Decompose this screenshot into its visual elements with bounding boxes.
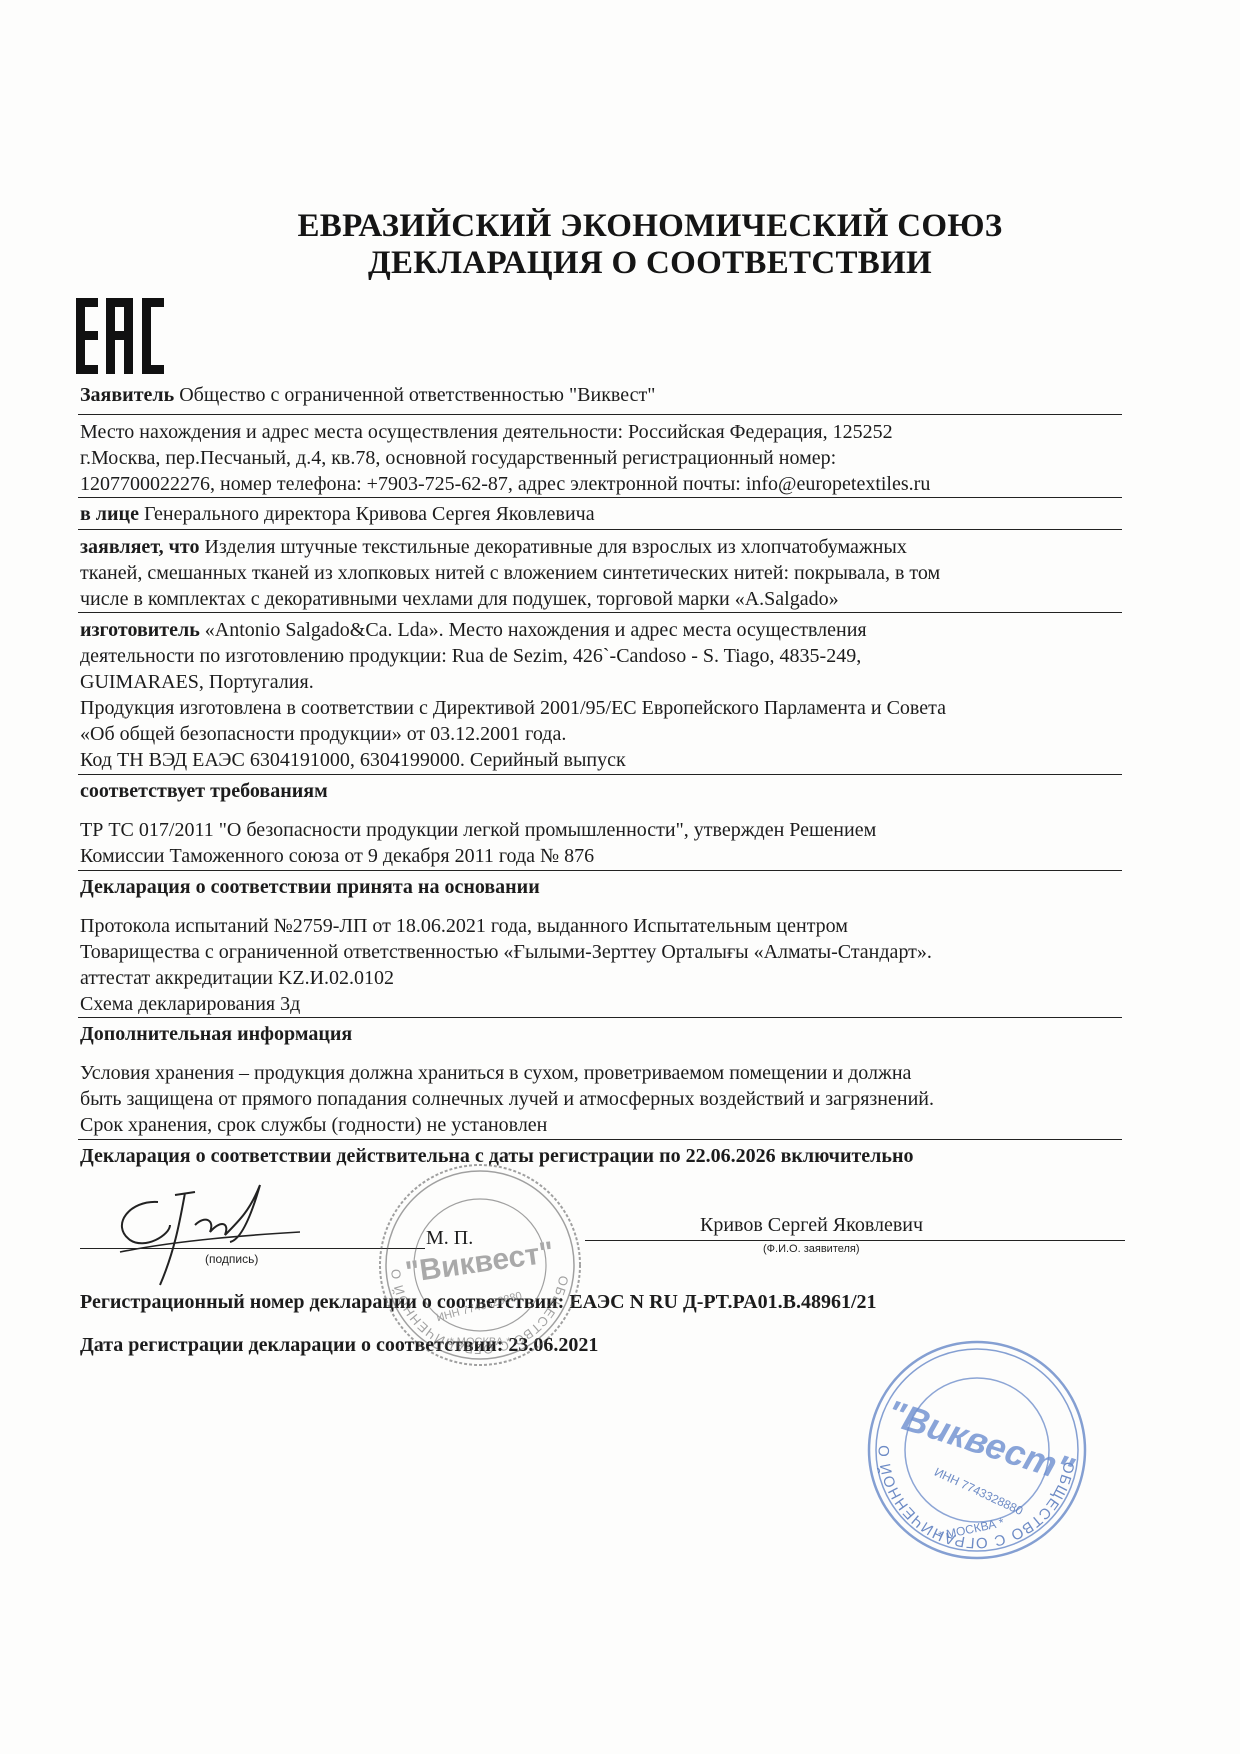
additional-line-1: Условия хранения – продукция должна хран… bbox=[80, 1061, 1120, 1085]
declares-label: заявляет, что bbox=[80, 536, 199, 558]
signature-line bbox=[80, 1248, 425, 1249]
manufacturer-line-1: изготовитель «Antonio Salgado&Ca. Lda». … bbox=[80, 618, 1120, 642]
basis-line-1: Протокола испытаний №2759-ЛП от 18.06.20… bbox=[80, 914, 1120, 938]
manufacturer-text: «Antonio Salgado&Ca. Lda». Место нахожде… bbox=[200, 619, 867, 641]
additional-heading: Дополнительная информация bbox=[80, 1022, 1120, 1046]
additional-line-3: Срок хранения, срок службы (годности) не… bbox=[80, 1113, 1120, 1137]
document-title: ДЕКЛАРАЦИЯ О СООТВЕТСТВИИ bbox=[30, 245, 1240, 282]
represented-label: в лице bbox=[80, 503, 139, 525]
basis-line-4: Схема декларирования 3д bbox=[80, 992, 1120, 1016]
divider bbox=[78, 774, 1122, 775]
applicant-line: Заявитель Общество с ограниченной ответс… bbox=[80, 383, 1120, 407]
svg-text:ИНН 7743328880: ИНН 7743328880 bbox=[435, 1290, 523, 1324]
directive-line-2: «Об общей безопасности продукции» от 03.… bbox=[80, 722, 1120, 746]
hs-code-line: Код ТН ВЭД ЕАЭС 6304191000, 6304199000. … bbox=[80, 748, 1120, 772]
requirements-heading: соответствует требованиям bbox=[80, 779, 1120, 803]
applicant-name: Кривов Сергей Яковлевич bbox=[700, 1213, 923, 1237]
divider bbox=[78, 870, 1122, 871]
requirements-line-1: ТР ТС 017/2011 "О безопасности продукции… bbox=[80, 818, 1120, 842]
signature-icon bbox=[100, 1180, 300, 1290]
additional-line-2: быть защищена от прямого попадания солне… bbox=[80, 1087, 1120, 1111]
directive-line-1: Продукция изготовлена в соответствии с Д… bbox=[80, 696, 1120, 720]
divider bbox=[78, 497, 1122, 498]
divider bbox=[78, 1017, 1122, 1018]
registration-number-line: Регистрационный номер декларации о соотв… bbox=[80, 1290, 1120, 1314]
eac-mark-icon bbox=[74, 296, 174, 376]
registration-number-value: ЕАЭС N RU Д-PT.PA01.B.48961/21 bbox=[569, 1291, 876, 1313]
manufacturer-line-3: GUIMARAES, Португалия. bbox=[80, 670, 1120, 694]
declares-line-2: тканей, смешанных тканей из хлопковых ни… bbox=[80, 561, 1120, 585]
address-line-1: Место нахождения и адрес места осуществл… bbox=[80, 420, 1120, 444]
divider bbox=[78, 529, 1122, 530]
svg-text:"Виквест": "Виквест" bbox=[403, 1236, 555, 1289]
validity-text: Декларация о соответствии действительна … bbox=[80, 1144, 1120, 1168]
divider bbox=[78, 414, 1122, 415]
declares-text: Изделия штучные текстильные декоративные… bbox=[199, 536, 906, 558]
applicant-value: Общество с ограниченной ответственностью… bbox=[174, 384, 655, 406]
basis-line-3: аттестат аккредитации KZ.И.02.0102 bbox=[80, 966, 1120, 990]
divider bbox=[78, 612, 1122, 613]
company-stamp-icon: ОБЩЕСТВО С ОГРАНИЧЕННОЙ ОТВЕТСТВЕННОСТЬЮ… bbox=[375, 1160, 585, 1370]
declares-line-3: числе в комплектах с декоративными чехла… bbox=[80, 587, 1120, 611]
basis-line-2: Товарищества с ограниченной ответственно… bbox=[80, 940, 1120, 964]
divider bbox=[78, 1139, 1122, 1140]
declaration-page: ЕВРАЗИЙСКИЙ ЭКОНОМИЧЕСКИЙ СОЮЗ ДЕКЛАРАЦИ… bbox=[0, 0, 1240, 1754]
applicant-label: Заявитель bbox=[80, 384, 174, 406]
represented-value: Генерального директора Кривова Сергея Як… bbox=[139, 503, 595, 525]
represented-line: в лице Генерального директора Кривова Се… bbox=[80, 502, 1120, 526]
manufacturer-line-2: деятельности по изготовлению продукции: … bbox=[80, 644, 1120, 668]
declares-line-1: заявляет, что Изделия штучные текстильны… bbox=[80, 535, 1120, 559]
name-caption: (Ф.И.О. заявителя) bbox=[763, 1243, 860, 1255]
company-stamp-blue-icon: ОБЩЕСТВО С ОГРАНИЧЕННОЙ ОТВЕТСТВЕННОСТЬЮ… bbox=[862, 1335, 1092, 1565]
svg-text:* МОСКВА *: * МОСКВА * bbox=[449, 1336, 511, 1348]
name-line bbox=[585, 1240, 1125, 1241]
signature-caption: (подпись) bbox=[205, 1252, 258, 1266]
address-line-2: г.Москва, пер.Песчаный, д.4, кв.78, осно… bbox=[80, 446, 1120, 470]
svg-text:"Виквест": "Виквест" bbox=[881, 1392, 1079, 1491]
basis-heading: Декларация о соответствии принята на осн… bbox=[80, 875, 1120, 899]
union-title: ЕВРАЗИЙСКИЙ ЭКОНОМИЧЕСКИЙ СОЮЗ bbox=[30, 208, 1240, 245]
manufacturer-label: изготовитель bbox=[80, 619, 200, 641]
address-line-3: 1207700022276, номер телефона: +7903-725… bbox=[80, 472, 1120, 496]
requirements-line-2: Комиссии Таможенного союза от 9 декабря … bbox=[80, 844, 1120, 868]
